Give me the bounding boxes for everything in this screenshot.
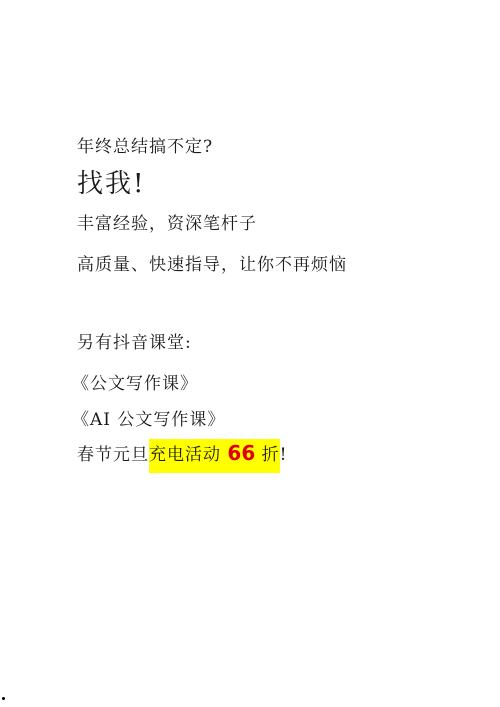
promo-prefix: 春节元旦 xyxy=(77,445,149,465)
discount-number: 66 xyxy=(227,441,255,465)
discount-suffix: 折 xyxy=(255,445,279,465)
promo-highlight-text: 充电活动 xyxy=(149,445,227,465)
headline: 找我! xyxy=(77,163,145,200)
course-intro: 另有抖音课堂: xyxy=(77,328,192,353)
promo-end: ! xyxy=(280,445,288,465)
quality-line: 高质量、快速指导，让你不再烦恼 xyxy=(77,250,347,275)
course-item-2: 《AI 公文写作课》 xyxy=(72,405,225,430)
course-item-1: 《公文写作课》 xyxy=(72,369,198,394)
promo-line: 春节元旦充电活动 66 折! xyxy=(77,440,288,465)
promo-highlight: 充电活动 66 折 xyxy=(149,439,280,473)
question-line: 年终总结搞不定? xyxy=(77,132,213,157)
stray-dot xyxy=(2,697,5,700)
experience-line: 丰富经验，资深笔杆子 xyxy=(77,209,257,234)
